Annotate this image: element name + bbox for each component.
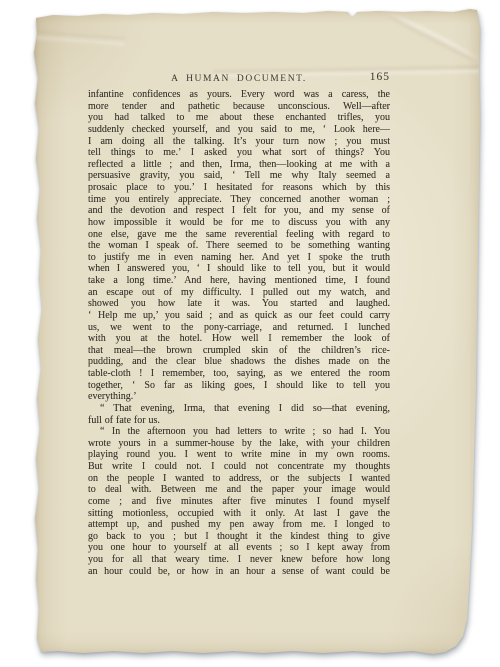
- text-line: that meal—the brown crumpled skin of the…: [88, 345, 390, 357]
- text-line: full of fate for us.: [88, 415, 390, 427]
- text-line: together, ‘ So far as liking goes, I sho…: [88, 380, 390, 392]
- paper-crease-diagonal: [385, 10, 482, 65]
- text-line: suddenly checked yourself, and you said …: [88, 124, 390, 136]
- text-line: pudding, and the clear blue shadows the …: [88, 356, 390, 368]
- text-line: to deal with. Between me and the paper y…: [88, 484, 390, 496]
- text-line: “ In the afternoon you had letters to wr…: [88, 426, 390, 438]
- text-line: you one hour to yourself at all events ;…: [88, 542, 390, 554]
- page-header: A HUMAN DOCUMENT. 165: [88, 71, 390, 86]
- page-number: 165: [370, 71, 390, 84]
- paper-crease-top-left: [35, 31, 125, 47]
- text-line: an escape out of my difficulty. I pulled…: [88, 287, 390, 299]
- book-page: A HUMAN DOCUMENT. 165 infantine confiden…: [33, 8, 481, 656]
- text-line: with you at the hotel. How well I rememb…: [88, 333, 390, 345]
- text-line: when I answered you, ‘ I should like to …: [88, 263, 390, 275]
- text-line: an hour could be, or how in an hour a se…: [88, 566, 390, 578]
- text-line: I am doing all the talking. It’s your tu…: [88, 136, 390, 148]
- body-text: infantine confidences as yours. Every wo…: [88, 89, 390, 577]
- text-line: tell things to me.’ I asked you what sor…: [88, 147, 390, 159]
- text-line: on the people I wanted to address, or th…: [88, 473, 390, 485]
- text-line: more tender and pathetic because unconsc…: [88, 101, 390, 113]
- text-line: the woman I speak of. There seemed to be…: [88, 240, 390, 252]
- text-line: to justify me in even naming her. And ye…: [88, 252, 390, 264]
- text-line: persuasive gravity, you said, ‘ Tell me …: [88, 170, 390, 182]
- text-line: sitting motionless, occupied with it onl…: [88, 508, 390, 520]
- text-line: you for all that weary time. I never kne…: [88, 554, 390, 566]
- text-line: attempt up, and pushed my pen away from …: [88, 519, 390, 531]
- paper-sheet: A HUMAN DOCUMENT. 165 infantine confiden…: [33, 8, 481, 656]
- text-line: come ; and five minutes after five minut…: [88, 496, 390, 508]
- running-header: A HUMAN DOCUMENT.: [88, 73, 390, 85]
- text-line: reflected a little ; and then, Irma, the…: [88, 159, 390, 171]
- text-line: take a long time.’ And here, having ment…: [88, 275, 390, 287]
- text-line: But write I could not. I could not conce…: [88, 461, 390, 473]
- text-line: wrote yours in a summer-house by the lak…: [88, 438, 390, 450]
- text-line: ‘ Help me up,’ you said ; and as quick a…: [88, 310, 390, 322]
- text-line: showed you how late it was. You started …: [88, 298, 390, 310]
- text-line: us, we went to the pony-carriage, and re…: [88, 322, 390, 334]
- text-line: prosaic place to you.’ I hesitated for r…: [88, 182, 390, 194]
- text-line: how impossible it would be for me to dis…: [88, 217, 390, 229]
- scan-background: A HUMAN DOCUMENT. 165 infantine confiden…: [0, 0, 500, 667]
- text-line: infantine confidences as yours. Every wo…: [88, 89, 390, 101]
- text-line: you had talked to me about these enchant…: [88, 112, 390, 124]
- text-line: playing round you. I went to write mine …: [88, 449, 390, 461]
- text-line: and the devotion and respect I felt for …: [88, 205, 390, 217]
- text-line: time you entirely appreciate. They conce…: [88, 194, 390, 206]
- text-line: table-cloth ! I remember, too, saying, a…: [88, 368, 390, 380]
- text-line: everything.’: [88, 391, 390, 403]
- text-line: go back to you ; but I thought it the ki…: [88, 531, 390, 543]
- text-line: one else, gave me the same reverential f…: [88, 229, 390, 241]
- text-line: “ That evening, Irma, that evening I did…: [88, 403, 390, 415]
